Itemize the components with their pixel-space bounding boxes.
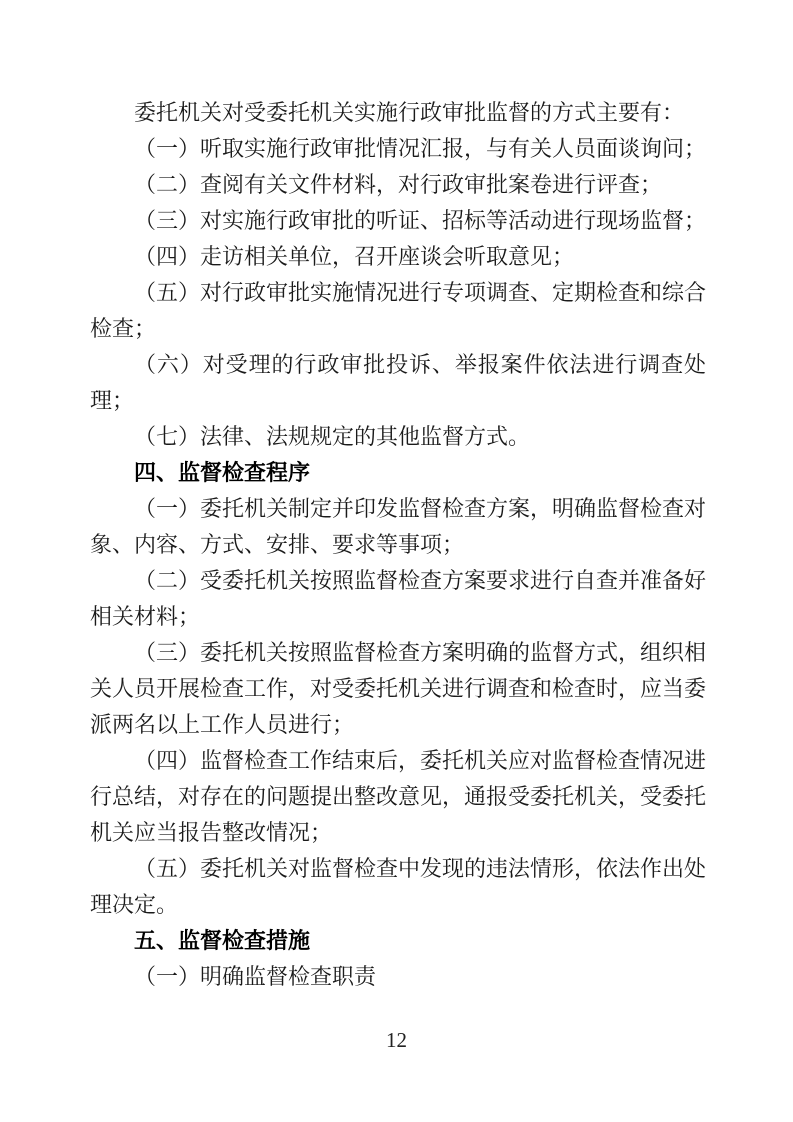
paragraph: （六）对受理的行政审批投诉、举报案件依法进行调查处理； <box>90 347 706 419</box>
page-number: 12 <box>0 1028 793 1052</box>
paragraph: （一）委托机关制定并印发监督检查方案，明确监督检查对象、内容、方式、安排、要求等… <box>90 491 706 563</box>
paragraph: （四）走访相关单位，召开座谈会听取意见； <box>90 239 706 275</box>
document-page: 委托机关对受委托机关实施行政审批监督的方式主要有：（一）听取实施行政审批情况汇报… <box>0 0 793 1122</box>
section-heading: 四、监督检查程序 <box>90 455 706 491</box>
paragraph: （三）对实施行政审批的听证、招标等活动进行现场监督； <box>90 203 706 239</box>
paragraph: （二）受委托机关按照监督检查方案要求进行自查并准备好相关材料； <box>90 563 706 635</box>
paragraph: 委托机关对受委托机关实施行政审批监督的方式主要有： <box>90 95 706 131</box>
section-heading: 五、监督检查措施 <box>90 923 706 959</box>
paragraph: （一）听取实施行政审批情况汇报，与有关人员面谈询问； <box>90 131 706 167</box>
paragraph: （五）对行政审批实施情况进行专项调查、定期检查和综合检查； <box>90 275 706 347</box>
document-body: 委托机关对受委托机关实施行政审批监督的方式主要有：（一）听取实施行政审批情况汇报… <box>90 95 706 995</box>
paragraph: （一）明确监督检查职责 <box>90 959 706 995</box>
paragraph: （七）法律、法规规定的其他监督方式。 <box>90 419 706 455</box>
paragraph: （三）委托机关按照监督检查方案明确的监督方式，组织相关人员开展检查工作，对受委托… <box>90 635 706 743</box>
paragraph: （四）监督检查工作结束后，委托机关应对监督检查情况进行总结，对存在的问题提出整改… <box>90 743 706 851</box>
paragraph: （二）查阅有关文件材料，对行政审批案卷进行评查； <box>90 167 706 203</box>
paragraph: （五）委托机关对监督检查中发现的违法情形，依法作出处理决定。 <box>90 851 706 923</box>
